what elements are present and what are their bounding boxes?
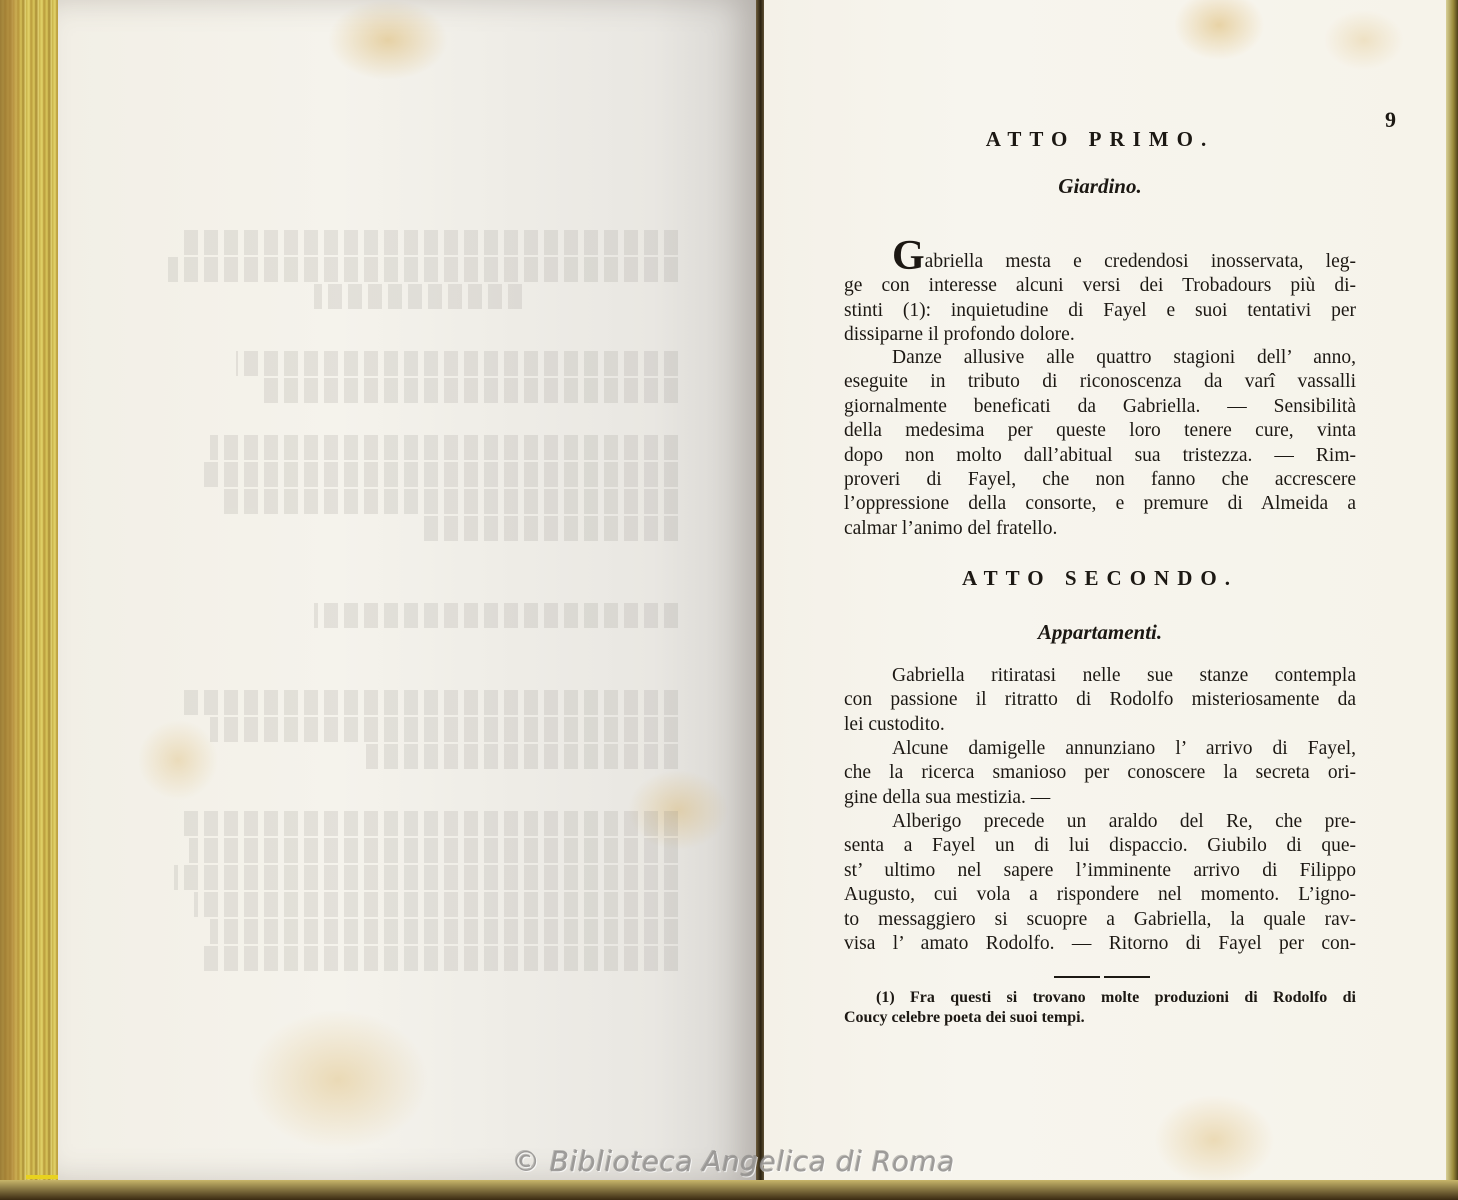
text-line: lei custodito. bbox=[844, 713, 1356, 737]
paragraph: Danze allusive alle quattro stagioni del… bbox=[844, 346, 1356, 541]
text-line: Augusto, cui vola a rispondere nel momen… bbox=[844, 883, 1356, 907]
text-line: st’ ultimo nel sapere l’imminente arrivo… bbox=[844, 859, 1356, 883]
text-line: to messaggiero si scuopre a Gabriella, l… bbox=[844, 908, 1356, 932]
show-through-text bbox=[158, 230, 678, 973]
text-line: Alberigo precede un araldo del Re, che p… bbox=[844, 810, 1356, 834]
paragraph: Alberigo precede un araldo del Re, che p… bbox=[844, 810, 1356, 956]
copyright-watermark: © Biblioteca Angelica di Roma bbox=[512, 1145, 955, 1178]
text-line: dopo non molto dall’abitual sua tristezz… bbox=[844, 444, 1356, 468]
paragraph: Gabriella ritiratasi nelle sue stanze co… bbox=[844, 664, 1356, 737]
text-line: che la ricerca smanioso per conoscere la… bbox=[844, 761, 1356, 785]
text-line: con passione il ritratto di Rodolfo mist… bbox=[844, 688, 1356, 712]
text-line: senta a Fayel un di lui dispaccio. Giubi… bbox=[844, 834, 1356, 858]
act-heading-1: ATTO PRIMO. bbox=[844, 127, 1356, 152]
text-line: dissiparne il profondo dolore. bbox=[844, 323, 1356, 347]
left-page bbox=[58, 0, 758, 1180]
text-line: giornalmente beneficati da Gabriella. — … bbox=[844, 395, 1356, 419]
text-line: visa l’ amato Rodolfo. — Ritorno di Faye… bbox=[844, 932, 1356, 956]
text-line: Alcune damigelle annunziano l’ arrivo di… bbox=[844, 737, 1356, 761]
footnote-rule bbox=[1054, 976, 1100, 978]
text-line: della medesima per queste loro tenere cu… bbox=[844, 419, 1356, 443]
text-line: Gabriella ritiratasi nelle sue stanze co… bbox=[844, 664, 1356, 688]
text-line: ge con interesse alcuni versi dei Trobad… bbox=[844, 274, 1356, 298]
footnote-rule bbox=[1104, 976, 1150, 978]
text-line: eseguite in tributo di riconoscenza da v… bbox=[844, 370, 1356, 394]
text-line: gine della sua mestizia. — bbox=[844, 786, 1356, 810]
text-line: Gabriella mesta e credendosi inosservata… bbox=[844, 244, 1356, 274]
scene-title-1: Giardino. bbox=[844, 174, 1356, 199]
page-number: 9 bbox=[1385, 107, 1396, 133]
right-fore-edge bbox=[1446, 0, 1458, 1200]
book-spread: 9 ATTO PRIMO. Giardino. Gabriella mesta … bbox=[0, 0, 1458, 1200]
act-heading-2: ATTO SECONDO. bbox=[844, 566, 1356, 591]
footnote: (1) Fra questi si trovano molte produzio… bbox=[844, 988, 1356, 1028]
paragraph: Gabriella mesta e credendosi inosservata… bbox=[844, 244, 1356, 348]
footnote-line: (1) Fra questi si trovano molte produzio… bbox=[844, 988, 1356, 1008]
drop-cap: G bbox=[892, 233, 925, 279]
paragraph: Alcune damigelle annunziano l’ arrivo di… bbox=[844, 737, 1356, 810]
scene-title-2: Appartamenti. bbox=[844, 620, 1356, 645]
text-line: proveri di Fayel, che non fanno che accr… bbox=[844, 468, 1356, 492]
text-line: calmar l’animo del fratello. bbox=[844, 517, 1356, 541]
text-line: l’oppressione della consorte, e premure … bbox=[844, 492, 1356, 516]
text-line: Danze allusive alle quattro stagioni del… bbox=[844, 346, 1356, 370]
right-page: 9 ATTO PRIMO. Giardino. Gabriella mesta … bbox=[764, 0, 1446, 1190]
footnote-line: Coucy celebre poeta dei suoi tempi. bbox=[844, 1008, 1356, 1028]
text-line: stinti (1): inquietudine di Fayel e suoi… bbox=[844, 299, 1356, 323]
bottom-edge bbox=[0, 1180, 1458, 1200]
left-fore-edge bbox=[0, 0, 62, 1200]
